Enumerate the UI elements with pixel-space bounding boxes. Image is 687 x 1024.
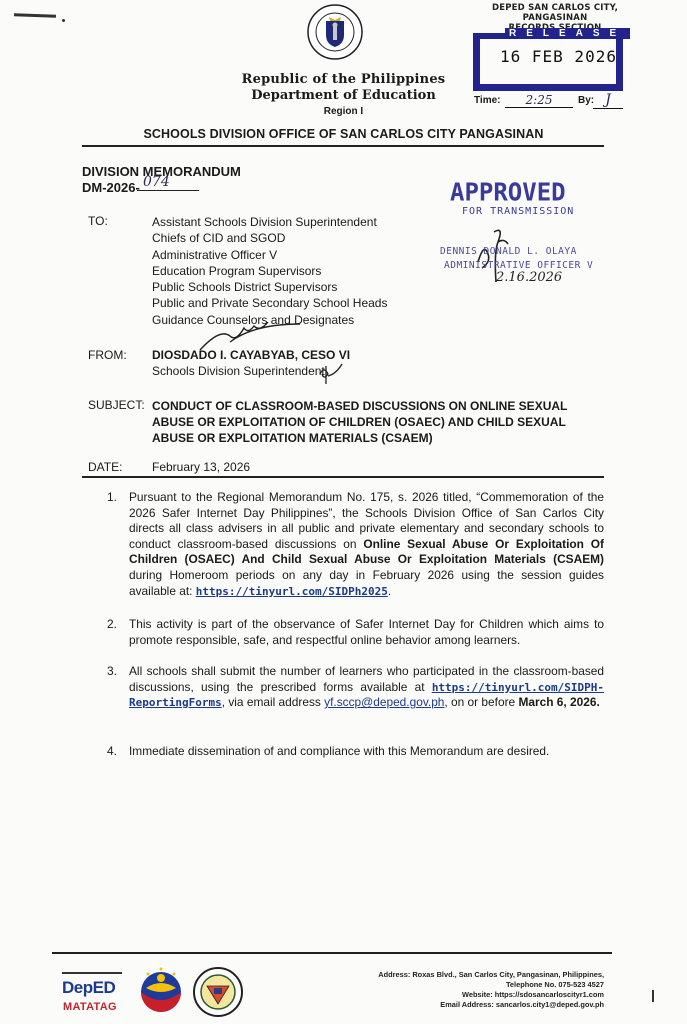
office-heading: SCHOOLS DIVISION OFFICE OF SAN CARLOS CI…	[0, 127, 687, 141]
footer-contact: Address: Roxas Blvd., San Carlos City, P…	[330, 970, 604, 1010]
paragraph-number: 2.	[107, 617, 117, 633]
session-guides-link[interactable]: https://tinyurl.com/SIDPh2025	[196, 585, 388, 598]
scan-mark	[14, 13, 56, 17]
paragraph-number: 4.	[107, 744, 117, 760]
paragraph-2: 2. This activity is part of the observan…	[107, 617, 604, 648]
paragraph-text: This activity is part of the observance …	[129, 617, 604, 648]
scan-dot	[62, 19, 65, 22]
subject-text: CONDUCT OF CLASSROOM-BASED DISCUSSIONS O…	[152, 398, 592, 446]
deped-seal-icon	[307, 4, 363, 60]
release-stamp-label: RELEASE	[505, 28, 630, 39]
approved-stamp-title: APPROVED	[450, 177, 566, 206]
paragraph-4: 4. Immediate dissemination of and compli…	[107, 744, 604, 760]
paragraph-text: , via email address	[222, 695, 324, 709]
paragraph-text: , on or before	[444, 695, 518, 709]
approved-stamp-subtitle: FOR TRANSMISSION	[462, 206, 574, 217]
memo-number-value: 074	[137, 174, 199, 191]
footer-address: Address: Roxas Blvd., San Carlos City, P…	[330, 970, 604, 980]
paragraph-number: 1.	[107, 490, 117, 506]
paragraph-text: Immediate dissemination of and complianc…	[129, 744, 604, 760]
paragraph-1: 1. Pursuant to the Regional Memorandum N…	[107, 490, 604, 599]
release-stamp-date: 16 FEB 2026	[500, 47, 617, 66]
approved-stamp-date: 2.16.2026	[496, 270, 562, 285]
recipient: Administrative Officer V	[152, 247, 387, 263]
sdo-san-carlos-seal	[192, 966, 244, 1018]
region-heading: Region I	[0, 106, 687, 117]
paragraph-number: 3.	[107, 664, 117, 680]
matatag-wordmark: MATATAG	[63, 1001, 117, 1013]
from-name: DIOSDADO I. CAYABYAB, CESO VI	[152, 348, 350, 362]
deadline-text: March 6, 2026.	[518, 695, 599, 709]
memo-date: February 13, 2026	[152, 460, 250, 474]
scan-mark	[652, 990, 654, 1002]
subject-label: SUBJECT:	[88, 398, 145, 412]
recipient: Assistant Schools Division Superintenden…	[152, 214, 387, 230]
recipient: Chiefs of CID and SGOD	[152, 230, 387, 246]
from-label: FROM:	[88, 348, 127, 362]
paragraph-3: 3. All schools shall submit the number o…	[107, 664, 604, 711]
release-stamp-office-text: DEPED SAN CARLOS CITY, PANGASINAN	[475, 3, 635, 23]
footer-divider	[52, 952, 612, 954]
date-label: DATE:	[88, 460, 122, 474]
from-position: Schools Division Superintendent	[152, 364, 325, 378]
date-divider	[82, 476, 604, 478]
deped-matatag-logo: DepED MATATAG	[62, 972, 122, 1020]
recipient: Public and Private Secondary School Head…	[152, 295, 387, 311]
deped-wordmark: DepED	[62, 978, 115, 998]
initial-mark-icon	[318, 362, 344, 384]
approved-stamp-name: DENNIS DONALD L. OLAYA	[440, 246, 577, 257]
release-time-label: Time:	[474, 95, 501, 106]
release-by-value: J	[593, 92, 623, 109]
header-divider	[82, 145, 604, 147]
to-recipients: Assistant Schools Division Superintenden…	[152, 214, 387, 328]
release-time-value: 2:25	[505, 93, 573, 108]
footer-telephone: Telephone No. 075-523 4527	[330, 980, 604, 990]
to-label: TO:	[88, 214, 108, 228]
memo-number-prefix: DM-2026-	[82, 180, 140, 195]
recipient: Education Program Supervisors	[152, 263, 387, 279]
release-by-label: By:	[578, 95, 594, 106]
logo-rule	[62, 972, 122, 974]
submission-email-link[interactable]: yf.sccp@deped.gov.ph	[324, 695, 444, 709]
paragraph-text: .	[388, 584, 391, 598]
footer-email: Email Address: sancarlos.city1@deped.gov…	[330, 1000, 604, 1010]
footer-website: Website: https://sdosancarloscityr1.com	[330, 990, 604, 1000]
recipient: Public Schools District Supervisors	[152, 279, 387, 295]
bagong-pilipinas-logo	[136, 966, 186, 1018]
